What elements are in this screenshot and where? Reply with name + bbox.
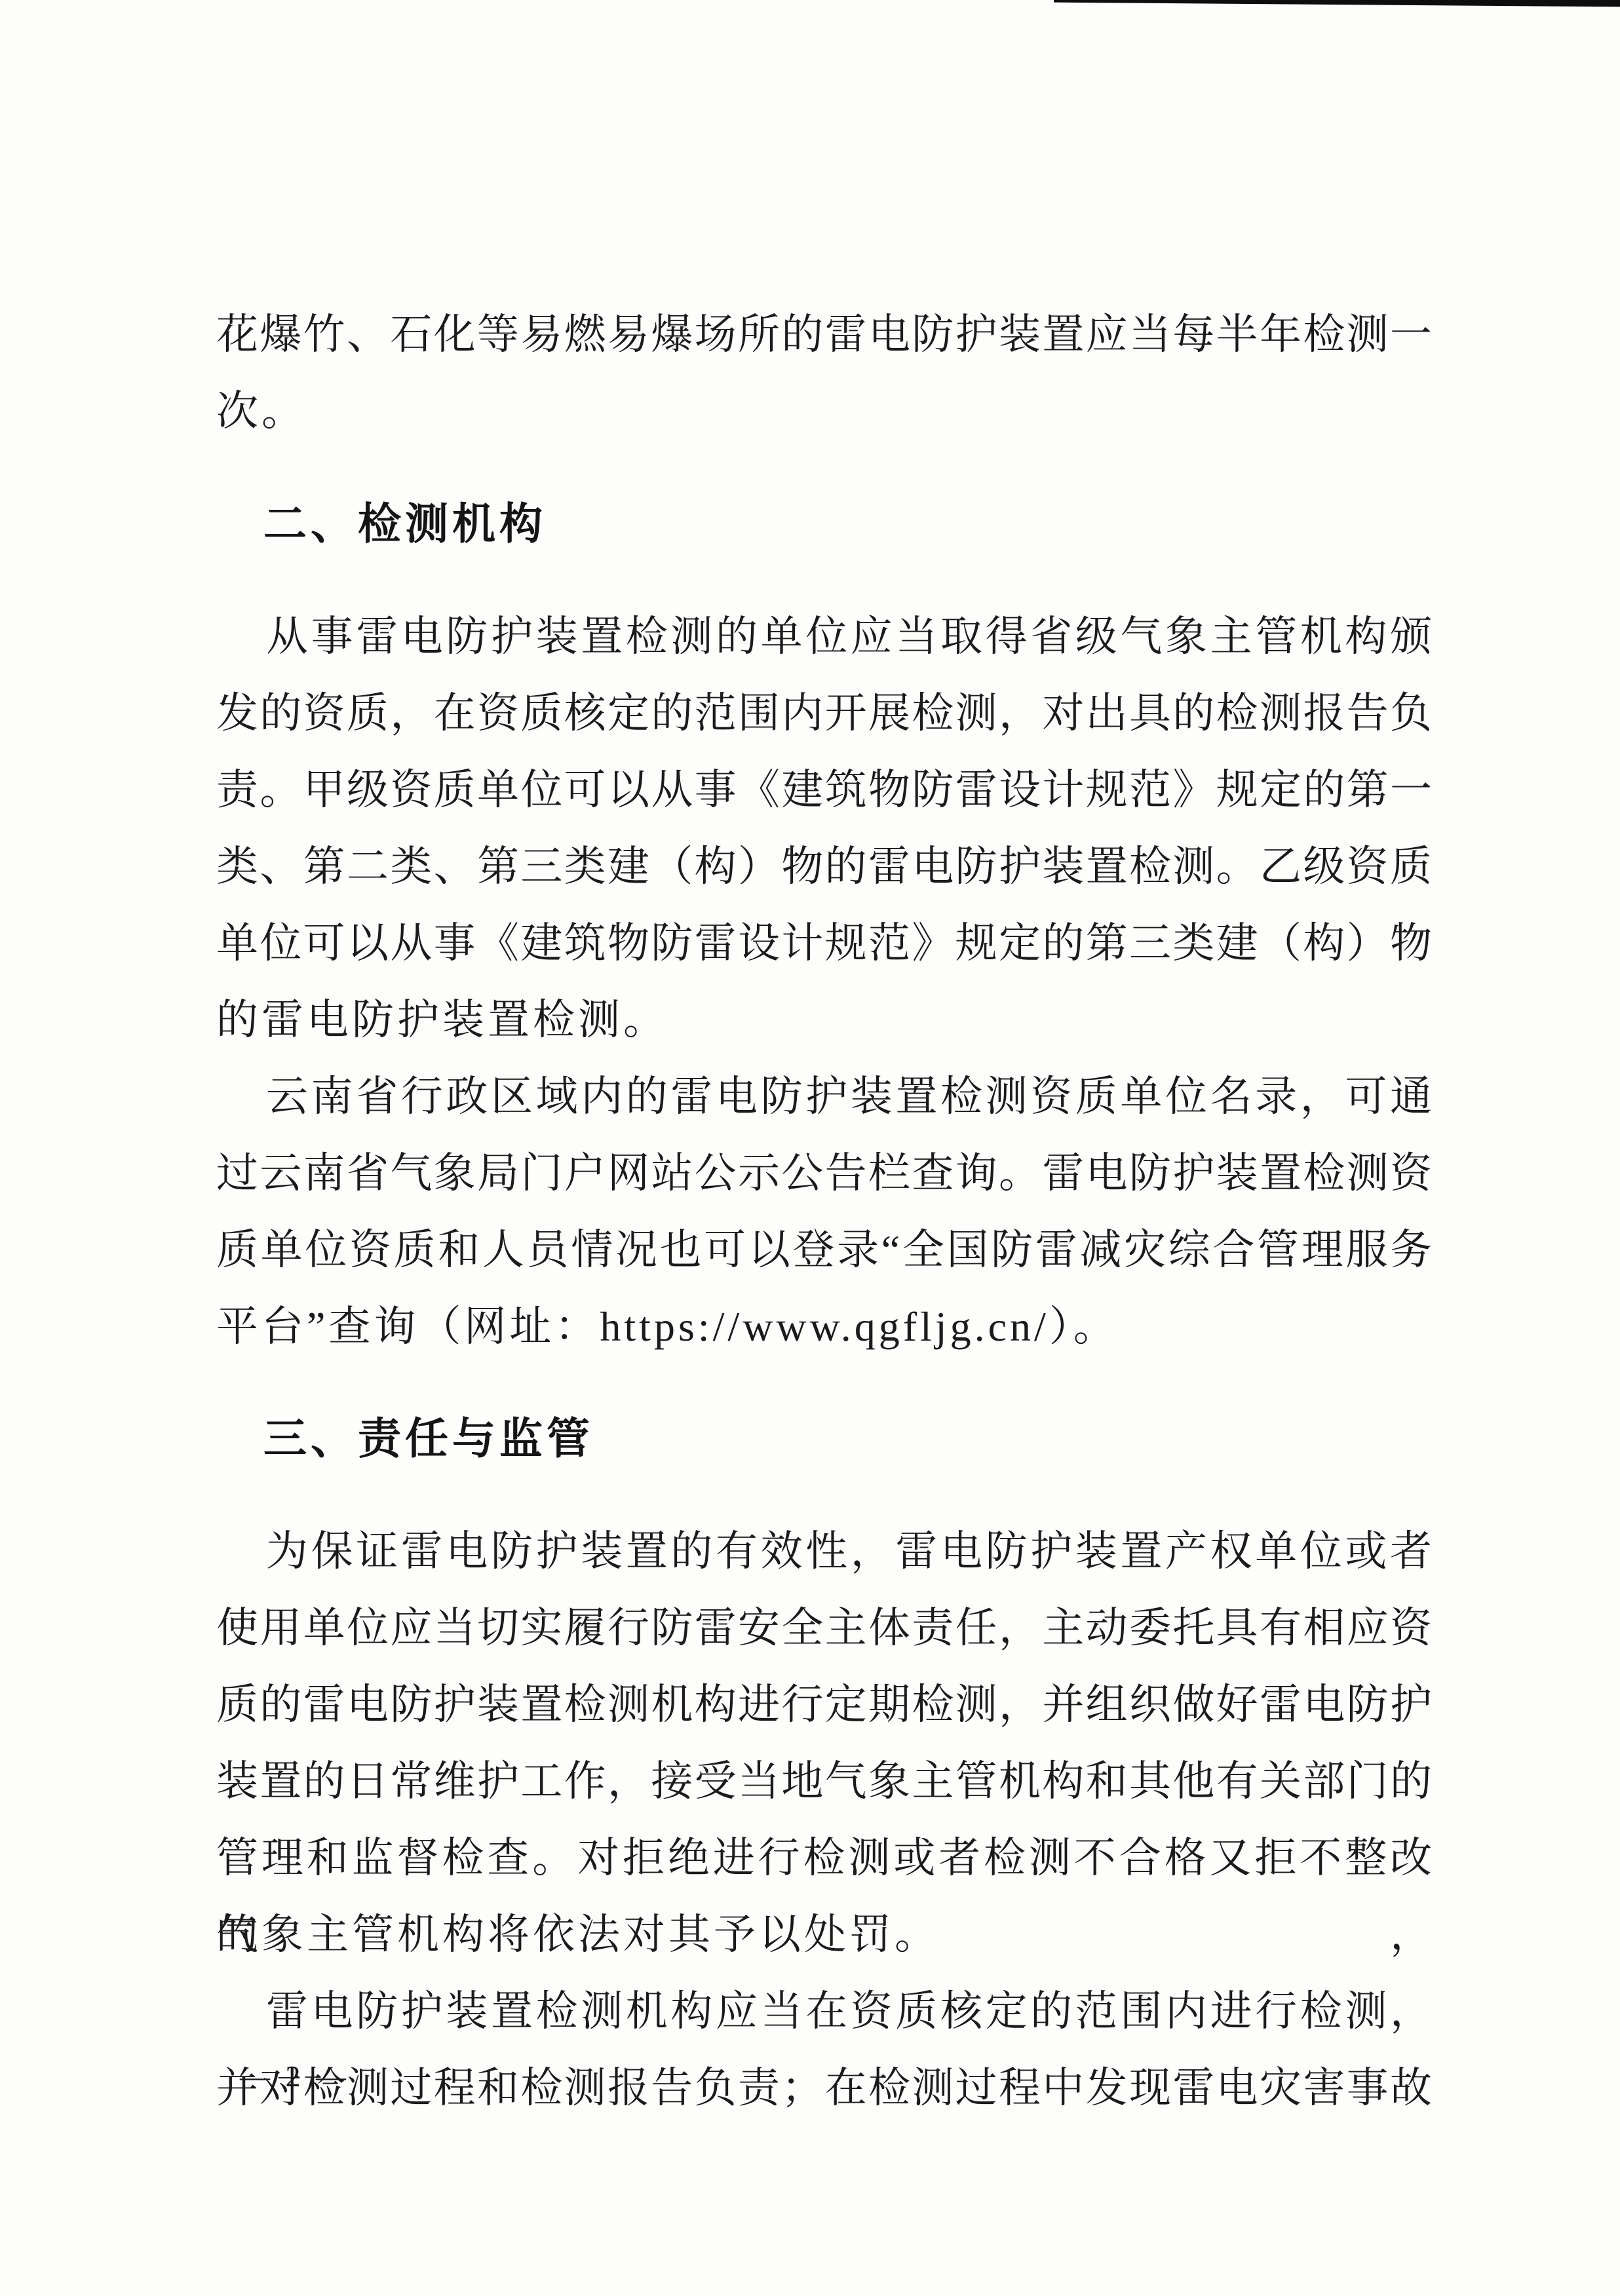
text-line: 责。甲级资质单位可以从事《建筑物防雷设计规范》规定的第一	[216, 752, 1432, 828]
text-line: 单位可以从事《建筑物防雷设计规范》规定的第三类建（构）物	[216, 905, 1432, 982]
text-line: 花爆竹、石化等易燃易爆场所的雷电防护装置应当每半年检测一	[216, 296, 1432, 373]
text-line: 为保证雷电防护装置的有效性，雷电防护装置产权单位或者	[216, 1513, 1432, 1590]
text-line: 发的资质，在资质核定的范围内开展检测，对出具的检测报告负	[216, 675, 1432, 752]
document-body: 花爆竹、石化等易燃易爆场所的雷电防护装置应当每半年检测一 次。 二、检测机构 从…	[216, 296, 1432, 2126]
paragraph-qualifications: 从事雷电防护装置检测的单位应当取得省级气象主管机构颁 发的资质，在资质核定的范围…	[216, 598, 1432, 1058]
section-heading-detection-agencies: 二、检测机构	[216, 486, 1432, 562]
text-line: 类、第二类、第三类建（构）物的雷电防护装置检测。乙级资质	[216, 828, 1432, 905]
text-line: 使用单位应当切实履行防雷安全主体责任，主动委托具有相应资	[216, 1590, 1432, 1666]
text-line: 雷电防护装置检测机构应当在资质核定的范围内进行检测，	[216, 1973, 1432, 2050]
paragraph-agency-scope: 雷电防护装置检测机构应当在资质核定的范围内进行检测， 并对检测过程和检测报告负责…	[216, 1973, 1432, 2126]
page-number: — 2 —	[240, 2059, 350, 2093]
paragraph-directory-lookup: 云南省行政区域内的雷电防护装置检测资质单位名录，可通 过云南省气象局门户网站公示…	[216, 1058, 1432, 1365]
text-line: 质单位资质和人员情况也可以登录“全国防雷减灾综合管理服务	[216, 1212, 1432, 1288]
text-line: 过云南省气象局门户网站公示公告栏查询。雷电防护装置检测资	[216, 1135, 1432, 1212]
scan-edge-artifact	[1054, 0, 1620, 9]
text-line: 次。	[216, 373, 1432, 450]
text-line: 从事雷电防护装置检测的单位应当取得省级气象主管机构颁	[216, 598, 1432, 675]
text-line: 并对检测过程和检测报告负责；在检测过程中发现雷电灾害事故	[216, 2050, 1432, 2126]
paragraph-owner-responsibility: 为保证雷电防护装置的有效性，雷电防护装置产权单位或者 使用单位应当切实履行防雷安…	[216, 1513, 1432, 1973]
text-line: 云南省行政区域内的雷电防护装置检测资质单位名录，可通	[216, 1058, 1432, 1135]
text-line-with-url: 平台”查询（网址：https://www.qgfljg.cn/）。	[216, 1288, 1432, 1365]
page-footer: — 2 —	[240, 2059, 350, 2094]
section-heading-responsibility-supervision: 三、责任与监管	[216, 1400, 1432, 1477]
text-line: 管理和监督检查。对拒绝进行检测或者检测不合格又拒不整改的，	[216, 1820, 1432, 1896]
text-line: 质的雷电防护装置检测机构进行定期检测，并组织做好雷电防护	[216, 1666, 1432, 1743]
scanned-document-page: 花爆竹、石化等易燃易爆场所的雷电防护装置应当每半年检测一 次。 二、检测机构 从…	[0, 0, 1620, 2296]
text-line: 的雷电防护装置检测。	[216, 982, 1432, 1058]
text-line: 装置的日常维护工作，接受当地气象主管机构和其他有关部门的	[216, 1743, 1432, 1820]
paragraph-continuation: 花爆竹、石化等易燃易爆场所的雷电防护装置应当每半年检测一 次。	[216, 296, 1432, 450]
